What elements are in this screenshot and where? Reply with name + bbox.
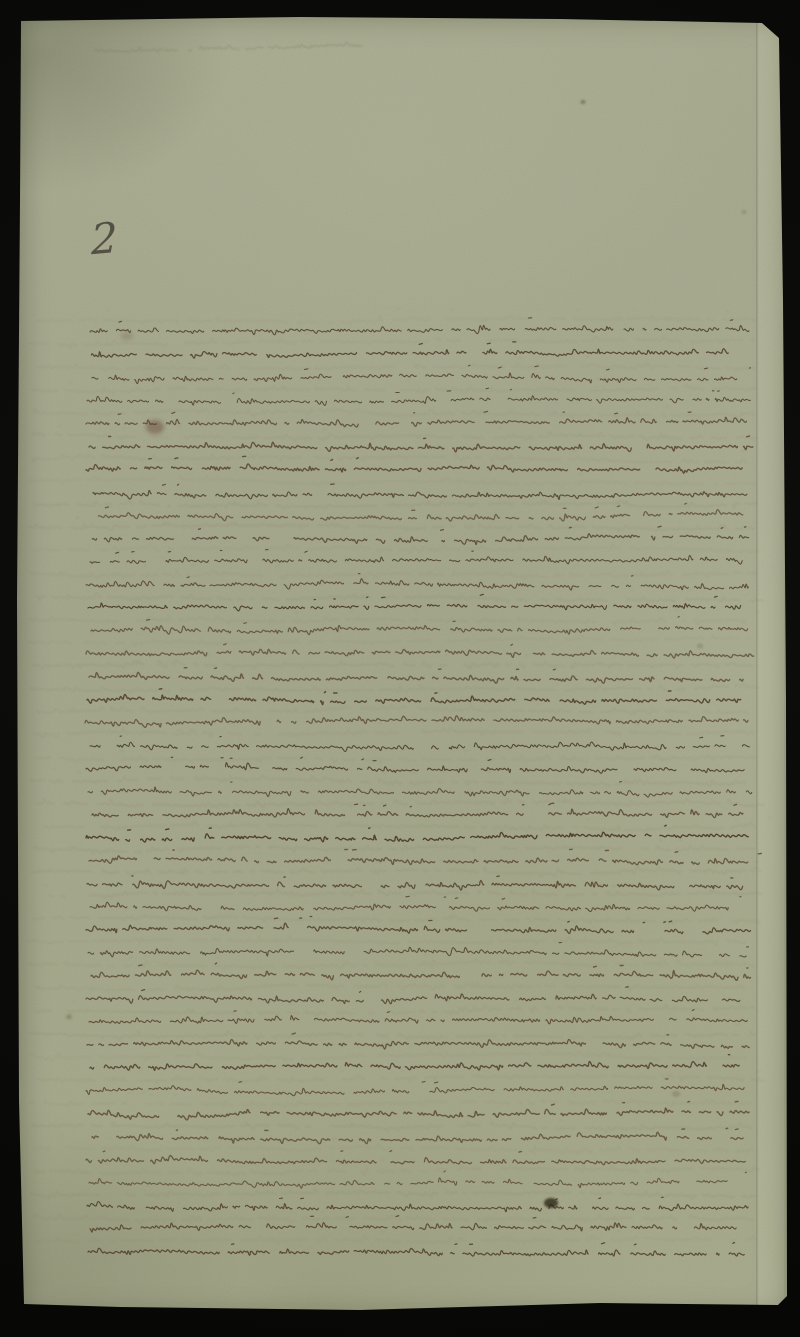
stain	[146, 420, 164, 434]
stain	[66, 1015, 72, 1020]
stain	[742, 210, 747, 214]
stain	[581, 100, 586, 104]
bleedthrough-ghost-writing	[28, 42, 771, 1243]
stain	[672, 1091, 680, 1097]
letter-page: 2	[0, 0, 800, 1337]
photograph-backdrop: 2	[0, 0, 800, 1337]
handwriting-svg	[0, 0, 800, 1337]
stain	[697, 644, 703, 649]
main-handwriting	[85, 318, 761, 1256]
stain	[544, 1198, 558, 1208]
stain	[121, 332, 133, 340]
